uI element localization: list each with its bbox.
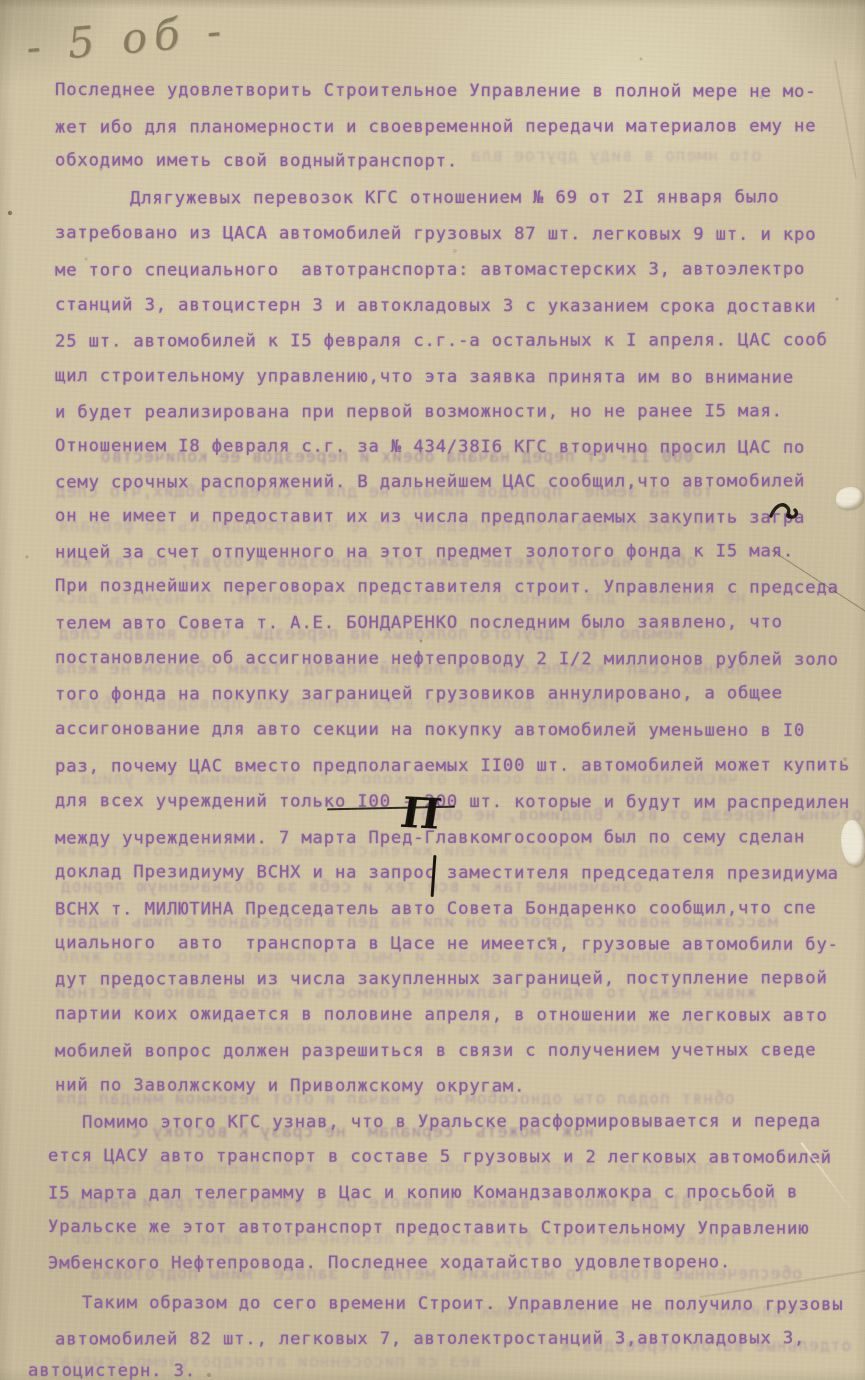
typed-line: автоцистерн. 3. (28, 1360, 196, 1380)
typed-line: Помимо этого КГС узнав, что в Уральске р… (82, 1110, 821, 1133)
typed-line: Длягужевых перевозок КГС отношением № 69… (130, 186, 780, 209)
typed-line: Эмбенского Нефтепровода. Последнее ходат… (48, 1251, 731, 1274)
typed-line: При позднейших переговорах представителя… (55, 575, 839, 599)
typed-line: ется ЦАСУ авто транспорт в составе 5 гру… (48, 1145, 832, 1169)
paper-chip (841, 820, 865, 866)
typed-line: ассигонование для авто секции на покупку… (55, 718, 805, 742)
typed-line: телем авто Совета т. А.Е. БОНДАРЕНКО пос… (55, 611, 783, 634)
typed-line: сему срочных распоряжений. В дальнейшем … (55, 470, 805, 493)
typed-line: I5 марта дал телеграмму в Цас и копию Ко… (48, 1181, 798, 1204)
typed-line: Последнее удовлетворить Строительное Упр… (55, 79, 817, 103)
paper-chip (836, 487, 863, 509)
paper-crease (835, 60, 857, 178)
typed-line: раз, почему ЦАС вместо предполагаемых II… (55, 754, 850, 777)
typed-line: для всех учреждений только I00 - 200 шт.… (55, 790, 850, 814)
ink-blot (768, 496, 804, 528)
typed-line: Отношением I8 февраля с.г. за № 434/38I6… (55, 435, 805, 459)
typed-line: дут предоставлены из числа закупленных з… (55, 967, 828, 990)
typed-line: мобилей вопрос должен разрешиться в связ… (55, 1039, 816, 1062)
typed-line: ВСНХ т. МИЛЮТИНА Председатель авто Совет… (55, 897, 816, 920)
typed-line: ницей за счет отпущенного на этот предме… (55, 540, 794, 563)
typed-line: жет ибо для планомерности и своевременно… (55, 115, 816, 138)
typed-line: партии коих ожидается в половине апреля,… (55, 1003, 828, 1027)
typed-line: ний по Заволжскому и Приволжскому округа… (55, 1074, 525, 1097)
typed-line: циального авто транспорта в Цасе не имее… (55, 932, 839, 956)
typed-line: станций 3, автоцистерн 3 и автокладовых … (55, 294, 817, 318)
pencil-page-number: - 5 об - (24, 5, 230, 71)
typed-line: ме того специального автотранспорта: авт… (55, 258, 805, 281)
typed-line: щил строительному управлению,что эта зая… (55, 365, 794, 389)
bleedthrough-line: ото нмело в виду другое вла (470, 146, 761, 165)
scanned-document-page: ото нмело в виду другое вла000 II- ст пе… (0, 0, 865, 1380)
ink-correction-glyph: П (398, 792, 444, 836)
typed-line: он не имеет и предоставит их из числа пр… (55, 505, 805, 529)
typed-line: того фонда на покупку заграницей грузови… (55, 682, 783, 705)
typed-line: обходимо иметь свой водныйтранспорт. (55, 150, 458, 173)
dust-specks (0, 0, 2, 2)
typed-line: автомобилей 82 шт., легковых 7, автолект… (55, 1327, 805, 1350)
typed-line: и будет реализирована при первой возможн… (55, 400, 783, 423)
typed-line: Таким образом до сего времени Строит. Уп… (82, 1292, 844, 1316)
typed-line: постановление об ассигнование нефтепрово… (55, 647, 839, 671)
typed-line: 25 шт. автомобилей к I5 февраля с.г.-а о… (55, 329, 828, 352)
typed-line: доклад Президиуму ВСНХ и на запрос замес… (55, 861, 839, 885)
typed-line: затребовано из ЦАСА автомобилей грузовых… (55, 222, 817, 246)
typed-line: Уральске же этот автотранспорт предостав… (48, 1216, 810, 1240)
